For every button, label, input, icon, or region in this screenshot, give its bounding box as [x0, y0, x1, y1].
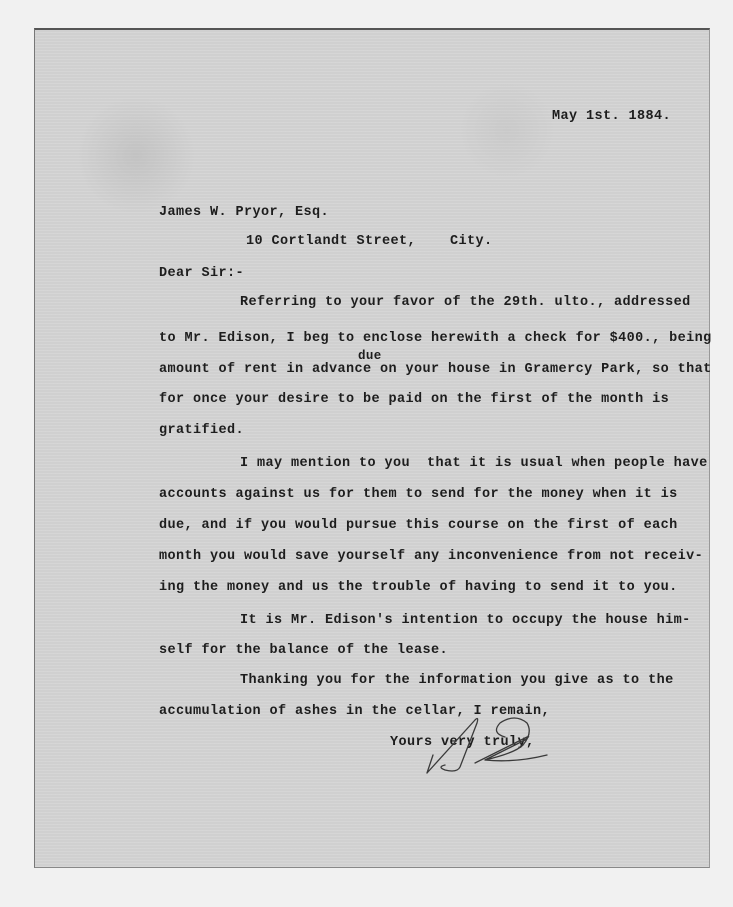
paragraph-1-line: amount of rent in advance on your house …	[159, 363, 712, 377]
salutation: Dear Sir:-	[159, 267, 244, 281]
paragraph-2-line: month you would save yourself any inconv…	[159, 550, 703, 564]
handwritten-signature	[415, 715, 555, 790]
paragraph-2-line: I may mention to you that it is usual wh…	[240, 457, 708, 471]
paragraph-2-line: due, and if you would pursue this course…	[159, 519, 678, 533]
paragraph-3-line: It is Mr. Edison's intention to occupy t…	[240, 614, 691, 628]
recipient-address: 10 Cortlandt Street, City.	[246, 235, 493, 249]
paragraph-2-line: ing the money and us the trouble of havi…	[159, 581, 678, 595]
paragraph-4-line: Thanking you for the information you giv…	[240, 674, 674, 688]
paragraph-1-line: for once your desire to be paid on the f…	[159, 393, 669, 407]
letter-date: May 1st. 1884.	[552, 110, 671, 124]
letter-page: May 1st. 1884. James W. Pryor, Esq. 10 C…	[34, 28, 710, 868]
recipient-name: James W. Pryor, Esq.	[159, 206, 329, 220]
paragraph-1-line: to Mr. Edison, I beg to enclose herewith…	[159, 332, 712, 346]
interlinear-insert: due	[358, 350, 382, 363]
paragraph-1-line: Referring to your favor of the 29th. ult…	[240, 296, 691, 310]
paragraph-2-line: accounts against us for them to send for…	[159, 488, 678, 502]
paragraph-3-line: self for the balance of the lease.	[159, 644, 448, 658]
paragraph-1-line: gratified.	[159, 424, 244, 438]
